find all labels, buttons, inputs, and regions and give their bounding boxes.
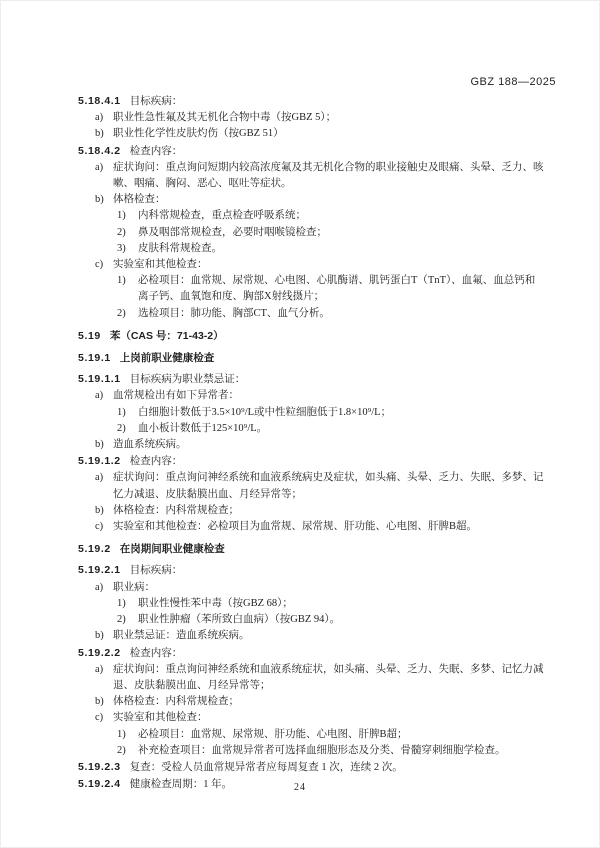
item-text: 在岗期间职业健康检查 — [120, 541, 225, 557]
item-marker: 3) — [117, 241, 138, 257]
item-marker: b) — [95, 694, 113, 710]
item-marker: b) — [95, 126, 113, 142]
item-text: 鼻及咽部常规检查，必要时咽喉镜检查； — [138, 225, 327, 241]
list-item: b)职业禁忌证：造血系统疾病。 — [0, 628, 544, 644]
item-text: 上岗前职业健康检查 — [120, 350, 215, 366]
list-item: 2)补充检查项目：血常规异常者可选择血细胞形态及分类、骨髓穿刺细胞学检查。 — [0, 743, 544, 759]
list-item: 2)选检项目：肺功能、胸部CT、血气分析。 — [0, 306, 544, 322]
item-text: 实验室和其他检查：必检项目为血常规、尿常规、肝功能、心电图、肝脾B超。 — [113, 519, 477, 535]
item-marker: c) — [95, 257, 113, 273]
item-text: 症状询问：重点询问神经系统和血液系统病史及症状，如头痛、头晕、乏力、失眠、多梦、… — [113, 470, 544, 502]
document-body: 5.18.4.1目标疾病：a)职业性急性氟及其无机化合物中毒（按GBZ 5）；b… — [0, 93, 600, 793]
item-text: 内科常规检查，重点检查呼吸系统； — [138, 208, 306, 224]
clause-number: 5.19.1.2 — [78, 453, 121, 469]
item-text: 补充检查项目：血常规异常者可选择血细胞形态及分类、骨髓穿刺细胞学检查。 — [138, 743, 506, 759]
item-text: 皮肤科常规检查。 — [138, 241, 222, 257]
clause-number: 5.19.2.2 — [78, 645, 121, 661]
item-marker: c) — [95, 710, 113, 726]
clause-number: 5.19.2.1 — [78, 562, 121, 578]
list-item: a)症状询问：重点询问短期内较高浓度氟及其无机化合物的职业接触史及眼痛、头晕、乏… — [0, 160, 544, 192]
section-heading: 5.19.1上岗前职业健康检查 — [0, 350, 544, 366]
item-text: 体格检查： — [113, 192, 166, 208]
clause-number: 5.19.2 — [78, 541, 111, 557]
item-marker: 2) — [117, 421, 138, 437]
list-item: a)症状询问：重点询问神经系统和血液系统病史及症状，如头痛、头晕、乏力、失眠、多… — [0, 470, 544, 502]
item-text: 职业禁忌证：造血系统疾病。 — [113, 628, 250, 644]
list-item: 1)内科常规检查，重点检查呼吸系统； — [0, 208, 544, 224]
list-item: b)体格检查： — [0, 192, 544, 208]
list-item: 1)职业性慢性苯中毒（按GBZ 68）； — [0, 596, 544, 612]
clause-number: 5.19.1 — [78, 350, 111, 366]
item-text: 血常规检出有如下异常者： — [113, 388, 239, 404]
item-marker: a) — [95, 160, 113, 176]
page-number: 24 — [0, 780, 600, 796]
item-text: 职业性化学性皮肤灼伤（按GBZ 51） — [113, 126, 284, 142]
list-item: b)职业性化学性皮肤灼伤（按GBZ 51） — [0, 126, 544, 142]
clause-row: 5.19.2.1目标疾病： — [0, 562, 544, 579]
clause-number: 5.19 — [78, 328, 101, 344]
item-marker: a) — [95, 388, 113, 404]
clause-row: 5.19.2.3复查：受检人员血常规异常者应每周复查 1 次，连续 2 次。 — [0, 759, 544, 776]
list-item: a)职业病： — [0, 580, 544, 596]
list-item: b)体格检查：内科常规检查； — [0, 694, 544, 710]
item-marker: a) — [95, 662, 113, 678]
list-item: a)血常规检出有如下异常者： — [0, 388, 544, 404]
item-marker: b) — [95, 628, 113, 644]
item-text: 血小板计数低于125×10⁹/L。 — [138, 421, 267, 437]
item-marker: c) — [95, 519, 113, 535]
item-marker: 2) — [117, 743, 138, 759]
item-text: 症状询问：重点询问神经系统和血液系统症状，如头痛、头晕、乏力、失眠、多梦、记忆力… — [113, 662, 544, 694]
standard-number-header: GBZ 188—2025 — [471, 74, 557, 90]
item-marker: b) — [95, 192, 113, 208]
list-item: a)职业性急性氟及其无机化合物中毒（按GBZ 5）； — [0, 110, 544, 126]
list-item: b)体格检查：内科常规检查； — [0, 503, 544, 519]
clause-row: 5.19.1.1目标疾病为职业禁忌证： — [0, 371, 544, 388]
item-text: 苯（CAS 号：71-43-2） — [110, 328, 224, 344]
item-text: 职业性慢性苯中毒（按GBZ 68）； — [138, 596, 293, 612]
item-marker: 1) — [117, 405, 138, 421]
item-text: 白细胞计数低于3.5×10⁹/L或中性粒细胞低于1.8×10⁹/L； — [138, 405, 391, 421]
clause-row: 5.18.4.2检查内容： — [0, 143, 544, 160]
item-text: 体格检查：内科常规检查； — [113, 694, 239, 710]
item-text: 职业病： — [113, 580, 155, 596]
item-text: 目标疾病为职业禁忌证： — [130, 372, 246, 388]
item-marker: 2) — [117, 612, 138, 628]
section-heading: 5.19.2在岗期间职业健康检查 — [0, 541, 544, 557]
item-marker: a) — [95, 470, 113, 486]
item-marker: 2) — [117, 225, 138, 241]
list-item: 1)必检项目：血常规、尿常规、心电图、心肌酶谱、肌钙蛋白T（TnT）、血氟、血总… — [0, 273, 544, 305]
item-marker: 1) — [117, 596, 138, 612]
clause-number: 5.18.4.1 — [78, 93, 121, 109]
list-item: c)实验室和其他检查： — [0, 257, 544, 273]
list-item: 1)必检项目：血常规、尿常规、肝功能、心电图、肝脾B超； — [0, 727, 544, 743]
item-text: 目标疾病： — [130, 563, 183, 579]
list-item: 1)白细胞计数低于3.5×10⁹/L或中性粒细胞低于1.8×10⁹/L； — [0, 405, 544, 421]
item-text: 选检项目：肺功能、胸部CT、血气分析。 — [138, 306, 330, 322]
item-text: 体格检查：内科常规检查； — [113, 503, 239, 519]
item-text: 职业性急性氟及其无机化合物中毒（按GBZ 5）； — [113, 110, 336, 126]
clause-number: 5.19.1.1 — [78, 371, 121, 387]
item-text: 必检项目：血常规、尿常规、肝功能、心电图、肝脾B超； — [138, 727, 408, 743]
item-marker: a) — [95, 110, 113, 126]
list-item: 2)鼻及咽部常规检查，必要时咽喉镜检查； — [0, 225, 544, 241]
item-text: 实验室和其他检查： — [113, 257, 208, 273]
section-heading: 5.19苯（CAS 号：71-43-2） — [0, 328, 544, 344]
clause-row: 5.19.1.2检查内容： — [0, 453, 544, 470]
list-item: 2)血小板计数低于125×10⁹/L。 — [0, 421, 544, 437]
item-marker: 2) — [117, 306, 138, 322]
item-text: 必检项目：血常规、尿常规、心电图、心肌酶谱、肌钙蛋白T（TnT）、血氟、血总钙和… — [138, 273, 544, 305]
item-text: 造血系统疾病。 — [113, 437, 187, 453]
item-text: 症状询问：重点询问短期内较高浓度氟及其无机化合物的职业接触史及眼痛、头晕、乏力、… — [113, 160, 544, 192]
item-text: 实验室和其他检查： — [113, 710, 208, 726]
list-item: a)症状询问：重点询问神经系统和血液系统症状，如头痛、头晕、乏力、失眠、多梦、记… — [0, 662, 544, 694]
item-marker: 1) — [117, 273, 138, 289]
clause-row: 5.19.2.2检查内容： — [0, 645, 544, 662]
clause-number: 5.19.2.3 — [78, 759, 121, 775]
item-text: 检查内容： — [130, 454, 183, 470]
item-text: 检查内容： — [130, 646, 183, 662]
clause-number: 5.18.4.2 — [78, 143, 121, 159]
item-text: 目标疾病： — [130, 94, 183, 110]
item-text: 复查：受检人员血常规异常者应每周复查 1 次，连续 2 次。 — [130, 760, 403, 776]
list-item: b)造血系统疾病。 — [0, 437, 544, 453]
list-item: 2)职业性肿瘤（苯所致白血病）（按GBZ 94）。 — [0, 612, 544, 628]
list-item: 3)皮肤科常规检查。 — [0, 241, 544, 257]
clause-row: 5.18.4.1目标疾病： — [0, 93, 544, 110]
list-item: c)实验室和其他检查： — [0, 710, 544, 726]
document-page: GBZ 188—2025 5.18.4.1目标疾病：a)职业性急性氟及其无机化合… — [0, 0, 600, 848]
item-marker: 1) — [117, 727, 138, 743]
item-text: 检查内容： — [130, 144, 183, 160]
item-marker: 1) — [117, 208, 138, 224]
item-text: 职业性肿瘤（苯所致白血病）（按GBZ 94）。 — [138, 612, 340, 628]
item-marker: b) — [95, 503, 113, 519]
item-marker: b) — [95, 437, 113, 453]
item-marker: a) — [95, 580, 113, 596]
list-item: c)实验室和其他检查：必检项目为血常规、尿常规、肝功能、心电图、肝脾B超。 — [0, 519, 544, 535]
